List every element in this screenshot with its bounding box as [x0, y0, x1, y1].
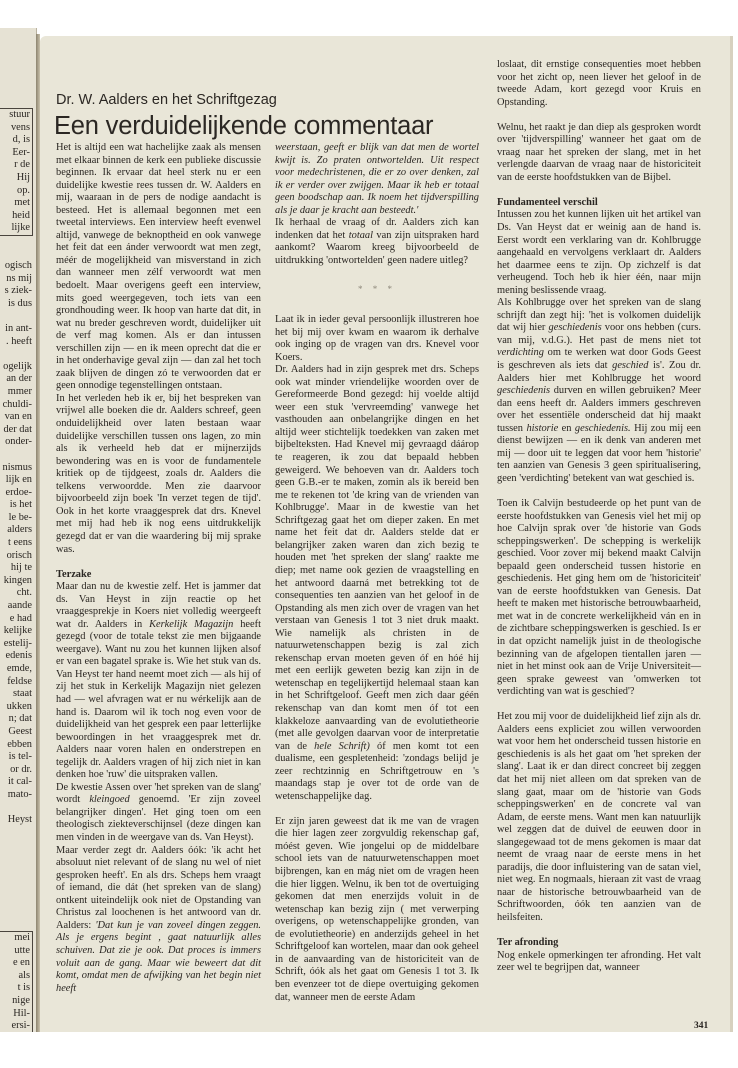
paragraph: Ik herhaal de vraag of dr. Aalders zich … — [275, 217, 479, 267]
fragment-line: kingen — [0, 575, 34, 588]
article-kicker: Dr. W. Aalders en het Schriftgezag — [56, 92, 277, 108]
paragraph: Welnu, het raakt je dan diep als gesprok… — [497, 122, 701, 185]
previous-page-text: ogischns mijs ziek-is dus in ant-. heeft… — [0, 260, 34, 827]
fragment-line: r de — [0, 159, 32, 172]
fragment-line: is tel- — [0, 751, 34, 764]
paragraph: Maar dan nu de kwestie zelf. Het is jamm… — [56, 581, 261, 782]
fragment-line: nismus — [0, 462, 34, 475]
paragraph: loslaat, dit ernstige consequenties moet… — [497, 59, 701, 109]
fragment-line: Heyst — [0, 814, 34, 827]
paragraph: Het is altijd een wat hachelijke zaak al… — [56, 142, 261, 393]
fragment-line: vens — [0, 122, 32, 135]
fragment-line: . heeft — [0, 336, 34, 349]
fragment-line: lijk en — [0, 474, 34, 487]
section-separator: * * * — [275, 283, 479, 296]
paragraph: Het zou mij voor de duidelijkheid lief z… — [497, 711, 701, 924]
paragraph: Laat ik in ieder geval persoonlijk illus… — [275, 314, 479, 364]
paragraph: Als Kohlbrugge over het spreken van de s… — [497, 297, 701, 485]
fragment-line: cht. — [0, 587, 34, 600]
fragment-line: Hij — [0, 172, 32, 185]
fragment-line: op. — [0, 185, 32, 198]
fragment-line: hij te — [0, 562, 34, 575]
fragment-line: staat — [0, 688, 34, 701]
fragment-line: ns mij — [0, 273, 34, 286]
fragment-line: in ant- — [0, 323, 34, 336]
fragment-line: estelij- — [0, 638, 34, 651]
fragment-line: mei — [0, 932, 32, 945]
fragment-line: or dr. — [0, 764, 34, 777]
fragment-line — [0, 449, 34, 462]
fragment-line: ersi- — [0, 1020, 32, 1032]
column-3: loslaat, dit ernstige consequenties moet… — [497, 59, 701, 975]
fragment-line: orisch — [0, 550, 34, 563]
paragraph: In het verleden heb ik er, bij het bespr… — [56, 393, 261, 556]
previous-page-edge: stuurvensd, isEer-r deHijop.metheidlijke… — [0, 28, 37, 1032]
fragment-line: t eens — [0, 537, 34, 550]
section-heading-fundamenteel: Fundamenteel verschil — [497, 197, 701, 210]
paragraph: Er zijn jaren geweest dat ik me van de v… — [275, 816, 479, 1004]
paragraph: Toen ik Calvijn bestudeerde op het punt … — [497, 498, 701, 699]
paragraph: Intussen zou het kunnen lijken uit het a… — [497, 209, 701, 297]
fragment-line: als — [0, 970, 32, 983]
column-2: weerstaan, geeft er blijk van dat men de… — [275, 142, 479, 1004]
paragraph: Maar verder zegt dr. Aalders óók: 'ik ac… — [56, 845, 261, 996]
paragraph: De kwestie Assen over 'het spreken van d… — [56, 782, 261, 845]
fragment-line: ogisch — [0, 260, 34, 273]
fragment-line: lijke — [0, 222, 32, 235]
fragment-line: emde, — [0, 663, 34, 676]
fragment-line: utte — [0, 945, 32, 958]
fragment-line: s ziek- — [0, 285, 34, 298]
fragment-line: stuur — [0, 109, 32, 122]
fragment-line: onder- — [0, 436, 34, 449]
fragment-line: met — [0, 197, 32, 210]
fragment-line: le be- — [0, 512, 34, 525]
fragment-line: it cal- — [0, 776, 34, 789]
page-number: 341 — [694, 1021, 708, 1031]
fragment-line: ogelijk — [0, 361, 34, 374]
paragraph: Nog enkele opmerkingen ter afronding. He… — [497, 950, 701, 975]
column-1: Het is altijd een wat hachelijke zaak al… — [56, 142, 261, 995]
fragment-line: aande — [0, 600, 34, 613]
fragment-line: Hil- — [0, 1008, 32, 1021]
paragraph: Dr. Aalders had in zijn gesprek met drs.… — [275, 364, 479, 803]
fragment-line: e had — [0, 613, 34, 626]
fragment-line: kelijke — [0, 625, 34, 638]
fragment-line — [0, 310, 34, 323]
fragment-line: ebben — [0, 739, 34, 752]
fragment-line — [0, 802, 34, 815]
article-title: Een verduidelijkende commentaar — [54, 112, 433, 141]
fragment-line: d, is — [0, 134, 32, 147]
fragment-line: nige — [0, 995, 32, 1008]
fragment-line: van en — [0, 411, 34, 424]
quote-paragraph: weerstaan, geeft er blijk van dat men de… — [275, 142, 479, 217]
fragment-line: chuldi- — [0, 399, 34, 412]
fragment-line: erdoe- — [0, 487, 34, 500]
previous-page-boxed-text: stuurvensd, isEer-r deHijop.metheidlijke — [0, 108, 33, 236]
fragment-line — [0, 348, 34, 361]
fragment-line: t is — [0, 982, 32, 995]
section-heading-terzake: Terzake — [56, 569, 261, 582]
fragment-line: mmer — [0, 386, 34, 399]
fragment-line: feldse — [0, 676, 34, 689]
fragment-line: an der — [0, 373, 34, 386]
fragment-line: e en — [0, 957, 32, 970]
fragment-line: alders — [0, 524, 34, 537]
fragment-line: Geest — [0, 726, 34, 739]
fragment-line: der dat — [0, 424, 34, 437]
fragment-line: n; dat — [0, 713, 34, 726]
fragment-line: is dus — [0, 298, 34, 311]
fragment-line: heid — [0, 210, 32, 223]
fragment-line: ukken — [0, 701, 34, 714]
section-heading-afronding: Ter afronding — [497, 937, 701, 950]
previous-page-boxed-text-2: meiuttee enalst isnigeHil-ersi-. G. — [0, 931, 33, 1032]
fragment-line: mato- — [0, 789, 34, 802]
fragment-line: Eer- — [0, 147, 32, 160]
fragment-line: is het — [0, 499, 34, 512]
fragment-line: edenis — [0, 650, 34, 663]
